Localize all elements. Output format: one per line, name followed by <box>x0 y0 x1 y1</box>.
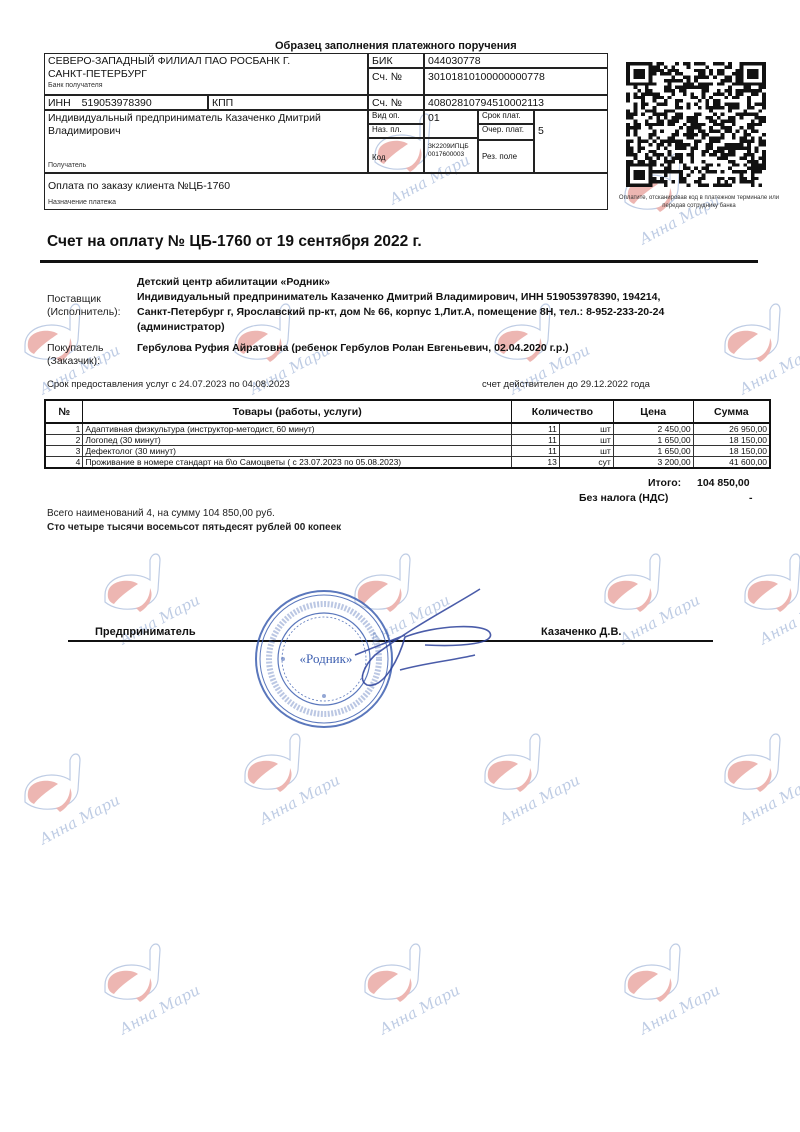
supplier-line2: Индивидуальный предприниматель Казаченко… <box>137 290 664 305</box>
watermark-logo-icon: Анна Мария <box>0 740 120 850</box>
ocher-plat-value-cell: 5 <box>534 110 608 173</box>
vid-op-value: 01 <box>424 110 478 138</box>
kod-label: Код <box>368 138 424 173</box>
row-qty: 13 <box>511 457 559 469</box>
watermark-logo-icon: Анна Мария <box>720 540 800 650</box>
bank-name-line1: СЕВЕРО-ЗАПАДНЫЙ ФИЛИАЛ ПАО РОСБАНК Г. <box>48 55 364 68</box>
kod-value: ЗК2209ИПЦБ 0017600003 <box>424 138 478 173</box>
corr-account-label: Сч. № <box>368 68 424 95</box>
svg-text:Анна Мария: Анна Мария <box>115 976 200 1039</box>
row-num: 2 <box>45 435 83 446</box>
row-qty: 11 <box>511 423 559 435</box>
svg-text:Анна Мария: Анна Мария <box>755 586 800 649</box>
table-row: 2Логопед (30 минут)11шт1 650,0018 150,00 <box>45 435 770 446</box>
row-name: Проживание в номере стандарт на б\о Само… <box>83 457 512 469</box>
row-unit: шт <box>559 446 613 457</box>
bank-label: Банк получателя <box>48 81 364 90</box>
rez-pole-label: Рез. поле <box>478 140 534 173</box>
row-name: Дефектолог (30 минут) <box>83 446 512 457</box>
row-unit: шт <box>559 423 613 435</box>
bank-name-line2: САНКТ-ПЕТЕРБУРГ <box>48 68 364 81</box>
valid-until: счет действителен до 29.12.2022 года <box>482 378 650 391</box>
svg-text:Анна Мария: Анна Мария <box>735 766 800 829</box>
buyer-value: Гербулова Руфия Айратовна (ребенок Гербу… <box>137 341 569 356</box>
qr-caption: Оплатите, отсканировав код в платежном т… <box>614 194 784 210</box>
row-price: 1 650,00 <box>613 435 693 446</box>
row-unit: сут <box>559 457 613 469</box>
watermark-logo-icon: Анна Мария <box>600 930 720 1040</box>
ocher-plat-label: Очер. плат. <box>478 124 534 140</box>
row-sum: 26 950,00 <box>693 423 770 435</box>
row-num: 3 <box>45 446 83 457</box>
svg-text:Анна Мария: Анна Мария <box>255 766 340 829</box>
buyer-label: Покупатель (Заказчик): <box>47 342 103 368</box>
header-name: Товары (работы, услуги) <box>83 400 512 423</box>
header-num: № <box>45 400 83 423</box>
row-num: 1 <box>45 423 83 435</box>
items-summary: Всего наименований 4, на сумму 104 850,0… <box>47 507 275 520</box>
items-table: № Товары (работы, услуги) Количество Цен… <box>44 399 771 469</box>
signer-name: Казаченко Д.В. <box>541 626 621 638</box>
row-sum: 18 150,00 <box>693 446 770 457</box>
ocher-plat-value: 5 <box>538 125 544 137</box>
purpose-cell: Оплата по заказу клиента №ЦБ-1760 Назнач… <box>44 173 608 210</box>
svg-text:Анна Мария: Анна Мария <box>635 976 720 1039</box>
watermark-logo-icon: Анна Мария <box>460 720 580 830</box>
total-label: Итого: <box>648 477 681 489</box>
inn-cell: ИНН 519053978390 <box>44 95 208 110</box>
header-price: Цена <box>613 400 693 423</box>
svg-text:Анна Мария: Анна Мария <box>375 976 460 1039</box>
buyer-label-line1: Покупатель <box>47 342 103 355</box>
kpp-label: КПП <box>212 97 233 109</box>
signature-icon <box>345 585 545 695</box>
recipient-line1: Индивидуальный предприниматель Казаченко… <box>48 112 364 125</box>
row-price: 3 200,00 <box>613 457 693 469</box>
qr-code-icon <box>626 62 766 187</box>
watermark-logo-icon: Анна Мария <box>340 930 460 1040</box>
naz-pl-label: Наз. пл. <box>368 124 424 138</box>
svg-text:Анна Мария: Анна Мария <box>735 336 800 399</box>
inn-label: ИНН <box>48 97 71 109</box>
total-value: 104 850,00 <box>697 477 750 489</box>
bank-name-cell: СЕВЕРО-ЗАПАДНЫЙ ФИЛИАЛ ПАО РОСБАНК Г. СА… <box>44 53 368 95</box>
row-sum: 18 150,00 <box>693 435 770 446</box>
account-value: 40802810794510002113 <box>424 95 608 110</box>
kpp-cell: КПП <box>208 95 368 110</box>
header-sum: Сумма <box>693 400 770 423</box>
purpose-value: Оплата по заказу клиента №ЦБ-1760 <box>48 180 604 193</box>
watermark-logo-icon: Анна Мария <box>220 720 340 830</box>
supplier-address: Санкт-Петербург г, Ярославский пр-кт, до… <box>137 305 664 320</box>
inn-value: 519053978390 <box>82 97 152 109</box>
supplier-label: Поставщик (Исполнитель): <box>47 293 121 319</box>
header-qty: Количество <box>511 400 613 423</box>
recipient-cell: Индивидуальный предприниматель Казаченко… <box>44 110 368 173</box>
service-period: Срок предоставления услуг с 24.07.2023 п… <box>47 378 290 391</box>
srok-plat-label: Срок плат. <box>478 110 534 124</box>
recipient-label: Получатель <box>48 161 86 170</box>
row-unit: шт <box>559 435 613 446</box>
row-qty: 11 <box>511 446 559 457</box>
bik-value: 044030778 <box>424 53 608 68</box>
watermark-logo-icon: Анна Мария <box>700 720 800 830</box>
row-price: 1 650,00 <box>613 446 693 457</box>
supplier-details: Детский центр абилитации «Родник» Индиви… <box>137 275 664 335</box>
row-sum: 41 600,00 <box>693 457 770 469</box>
corr-account-value: 30101810100000000778 <box>424 68 608 95</box>
supplier-label-line2: (Исполнитель): <box>47 306 121 319</box>
invoice-title: Счет на оплату № ЦБ-1760 от 19 сентября … <box>47 233 422 251</box>
table-row: 4Проживание в номере стандарт на б\о Сам… <box>45 457 770 469</box>
buyer-label-line2: (Заказчик): <box>47 355 103 368</box>
table-row: 1Адаптивная физкультура (инструктор-мето… <box>45 423 770 435</box>
account-label: Сч. № <box>368 95 424 110</box>
watermark-logo-icon: Анна Мария <box>700 290 800 400</box>
svg-text:Анна Мария: Анна Мария <box>35 786 120 849</box>
title-divider <box>40 260 758 263</box>
amount-in-words: Сто четыре тысячи восемьсот пятьдесят ру… <box>47 521 341 534</box>
row-qty: 11 <box>511 435 559 446</box>
vid-op-label: Вид оп. <box>368 110 424 124</box>
recipient-line2: Владимирович <box>48 125 364 138</box>
row-num: 4 <box>45 457 83 469</box>
supplier-label-line1: Поставщик <box>47 293 121 306</box>
table-row: 3Дефектолог (30 минут)11шт1 650,0018 150… <box>45 446 770 457</box>
row-name: Логопед (30 минут) <box>83 435 512 446</box>
purpose-label: Назначение платежа <box>48 198 116 207</box>
row-price: 2 450,00 <box>613 423 693 435</box>
vat-value: - <box>749 492 753 504</box>
bik-label: БИК <box>368 53 424 68</box>
vat-label: Без налога (НДС) <box>579 492 668 504</box>
supplier-line4: (администратор) <box>137 320 664 335</box>
payment-order-title: Образец заполнения платежного поручения <box>275 40 517 52</box>
row-name: Адаптивная физкультура (инструктор-метод… <box>83 423 512 435</box>
supplier-name: Детский центр абилитации «Родник» <box>137 275 664 290</box>
svg-text:Анна Мария: Анна Мария <box>495 766 580 829</box>
signer-role: Предприниматель <box>95 626 196 638</box>
watermark-logo-icon: Анна Мария <box>80 930 200 1040</box>
items-table-header: № Товары (работы, услуги) Количество Цен… <box>45 400 770 423</box>
